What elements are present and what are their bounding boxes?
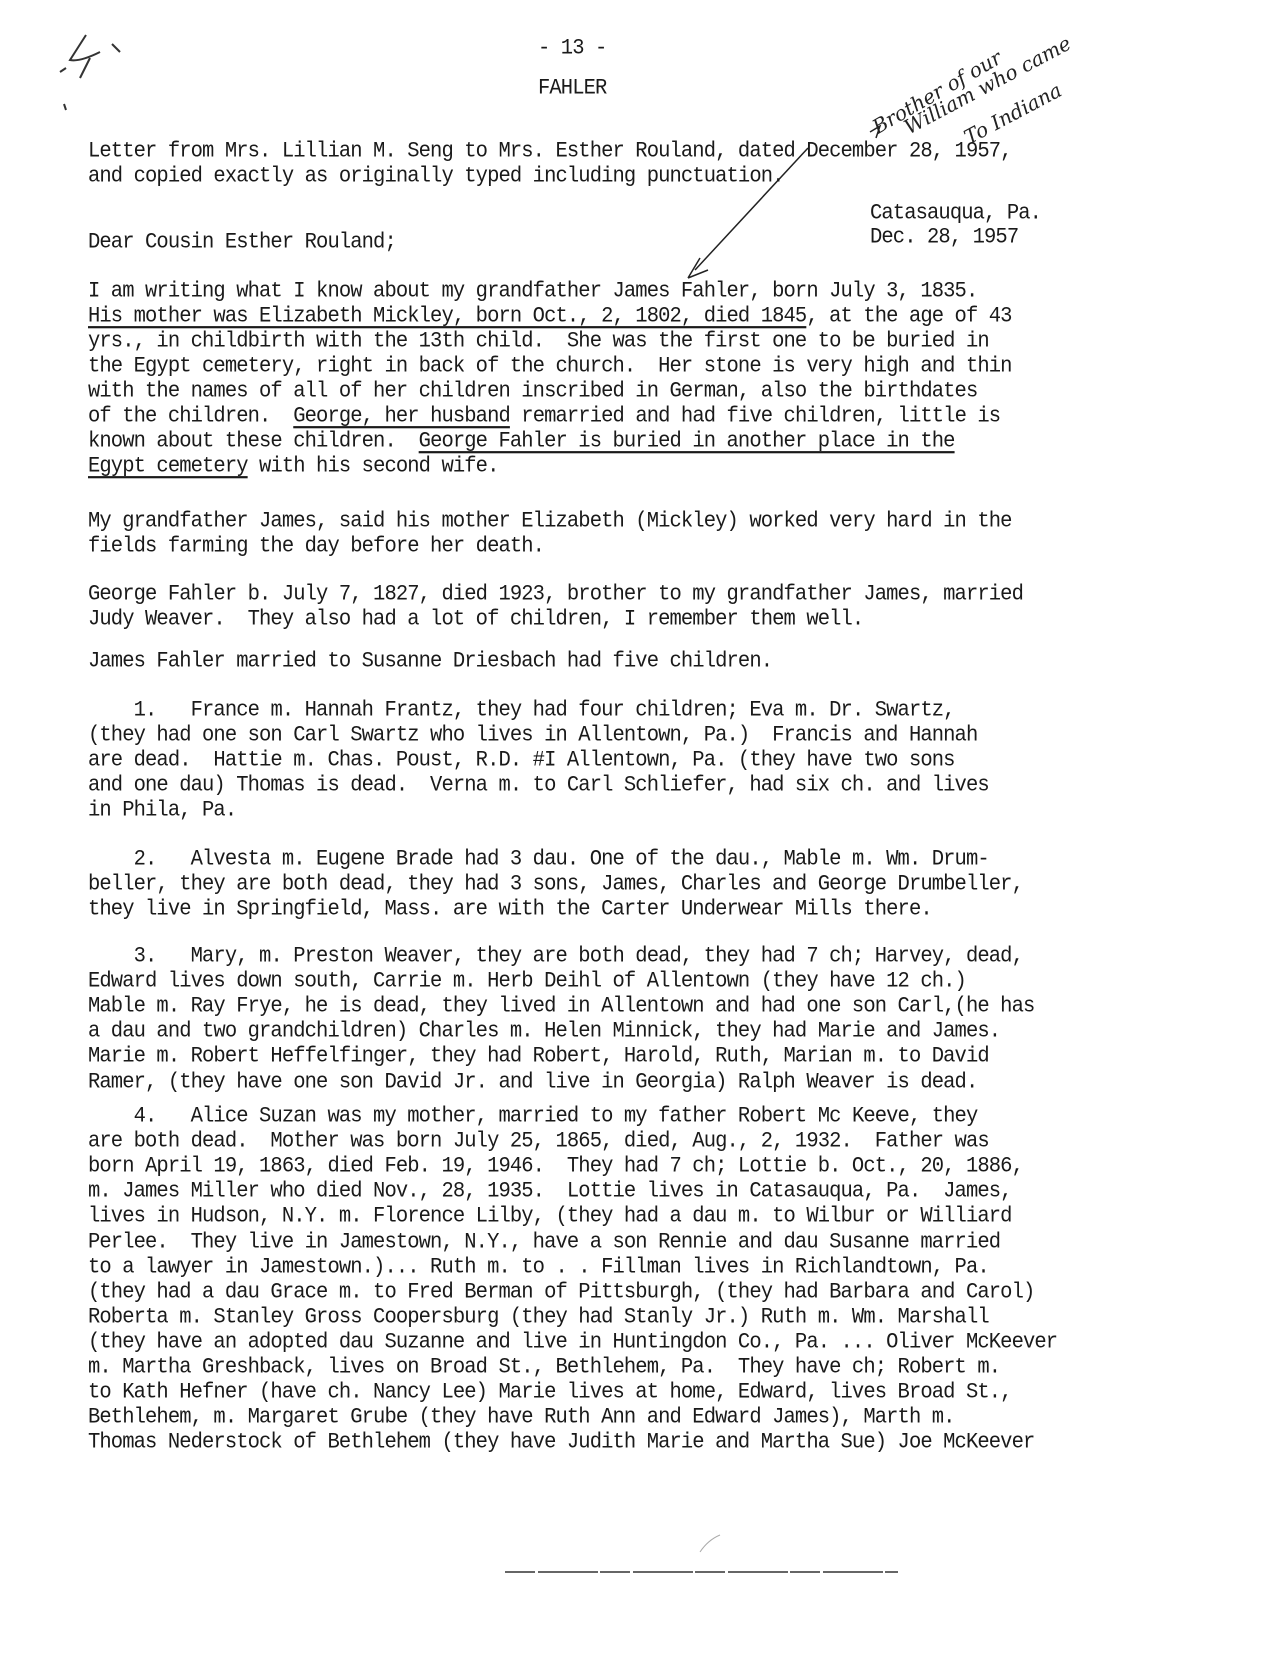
child-entry-line: (they had one son Carl Swartz who lives … — [88, 722, 977, 750]
entry-text: Alice Suzan was my mother, married to my… — [191, 1104, 978, 1129]
text: with his second wife. — [248, 454, 499, 479]
child-entry-line: a dau and two grandchildren) Charles m. … — [88, 1018, 1000, 1046]
salutation: Dear Cousin Esther Rouland; — [88, 229, 396, 257]
document-page: - 13 - FAHLER Brother of our William who… — [0, 0, 1276, 1670]
child-entry-line: Edward lives down south, Carrie m. Herb … — [88, 968, 966, 996]
child-entry-line: m. Martha Greshback, lives on Broad St.,… — [88, 1354, 1000, 1382]
child-entry-line: Roberta m. Stanley Gross Coopersburg (th… — [88, 1304, 989, 1332]
text: known about these children. — [88, 429, 419, 454]
child-entry-line: are both dead. Mother was born July 25, … — [88, 1128, 989, 1156]
underlined-text: George, her husband — [293, 404, 510, 429]
underlined-text: George Fahler is buried in another place… — [419, 429, 955, 454]
intro-line-1: Letter from Mrs. Lillian M. Seng to Mrs.… — [88, 138, 1012, 166]
text: of the children. — [88, 404, 293, 429]
p1-line: His mother was Elizabeth Mickley, born O… — [88, 303, 1012, 331]
child-entry-line: 4. Alice Suzan was my mother, married to… — [88, 1103, 977, 1131]
entry-number: 4. — [88, 1104, 191, 1129]
child-entry-line: to a lawyer in Jamestown.)... Ruth m. to… — [88, 1254, 989, 1282]
child-entry-line: lives in Hudson, N.Y. m. Florence Lilby,… — [88, 1203, 1012, 1231]
child-entry-line: 2. Alvesta m. Eugene Brade had 3 dau. On… — [88, 846, 989, 874]
paragraph-4: James Fahler married to Susanne Driesbac… — [88, 648, 772, 676]
p1-line: Egypt cemetery with his second wife. — [88, 453, 499, 481]
child-entry-line: (they had a dau Grace m. to Fred Berman … — [88, 1279, 1034, 1307]
p3-line: George Fahler b. July 7, 1827, died 1923… — [88, 581, 1023, 609]
child-entry-line: Thomas Nederstock of Bethlehem (they hav… — [88, 1429, 1034, 1457]
entry-number: 2. — [88, 847, 191, 872]
p2-line: fields farming the day before her death. — [88, 533, 544, 561]
intro-line-2: and copied exactly as originally typed i… — [88, 163, 784, 191]
child-entry-line: m. James Miller who died Nov., 28, 1935.… — [88, 1178, 1012, 1206]
p2-line: My grandfather James, said his mother El… — [88, 508, 1012, 536]
child-entry-line: to Kath Hefner (have ch. Nancy Lee) Mari… — [88, 1379, 1012, 1407]
child-entry-line: Perlee. They live in Jamestown, N.Y., ha… — [88, 1229, 1000, 1257]
p1-line: I am writing what I know about my grandf… — [88, 278, 977, 306]
entry-number: 1. — [88, 698, 191, 723]
child-entry-line: Marie m. Robert Heffelfinger, they had R… — [88, 1043, 989, 1071]
entry-text: Mary, m. Preston Weaver, they are both d… — [191, 944, 1023, 969]
child-entry-line: they live in Springfield, Mass. are with… — [88, 896, 932, 924]
p1-line: with the names of all of her children in… — [88, 378, 977, 406]
entry-number: 3. — [88, 944, 191, 969]
child-entry-line: born April 19, 1863, died Feb. 19, 1946.… — [88, 1153, 1023, 1181]
entry-text: France m. Hannah Frantz, they had four c… — [191, 698, 955, 723]
child-entry-line: beller, they are both dead, they had 3 s… — [88, 871, 1023, 899]
child-entry-line: in Phila, Pa. — [88, 797, 236, 825]
child-entry-line: Ramer, (they have one son David Jr. and … — [88, 1069, 977, 1097]
pen-stroke — [700, 1535, 720, 1552]
child-entry-line: and one dau) Thomas is dead. Verna m. to… — [88, 772, 989, 800]
letter-date: Dec. 28, 1957 — [870, 224, 1018, 252]
entry-text: Alvesta m. Eugene Brade had 3 dau. One o… — [191, 847, 989, 872]
child-entry-line: Bethlehem, m. Margaret Grube (they have … — [88, 1404, 955, 1432]
child-entry-line: are dead. Hattie m. Chas. Poust, R.D. #I… — [88, 747, 955, 775]
p1-line: the Egypt cemetery, right in back of the… — [88, 353, 1012, 381]
child-entry-line: (they have an adopted dau Suzanne and li… — [88, 1329, 1057, 1357]
p1-line: known about these children. George Fahle… — [88, 428, 955, 456]
underlined-text: Egypt cemetery — [88, 454, 248, 479]
p1-line: of the children. George, her husband rem… — [88, 403, 1000, 431]
corner-scribble-icon — [60, 35, 120, 110]
p1-line: yrs., in childbirth with the 13th child.… — [88, 328, 989, 356]
p3-line: Judy Weaver. They also had a lot of chil… — [88, 606, 863, 634]
child-entry-line: 3. Mary, m. Preston Weaver, they are bot… — [88, 943, 1023, 971]
child-entry-line: 1. France m. Hannah Frantz, they had fou… — [88, 697, 955, 725]
child-entry-line: Mable m. Ray Frye, he is dead, they live… — [88, 993, 1034, 1021]
underlined-text: His mother was Elizabeth Mickley, born O… — [88, 304, 806, 329]
text: remarried and had five children, little … — [510, 404, 1000, 429]
text: , at the age of 43 — [806, 304, 1011, 329]
